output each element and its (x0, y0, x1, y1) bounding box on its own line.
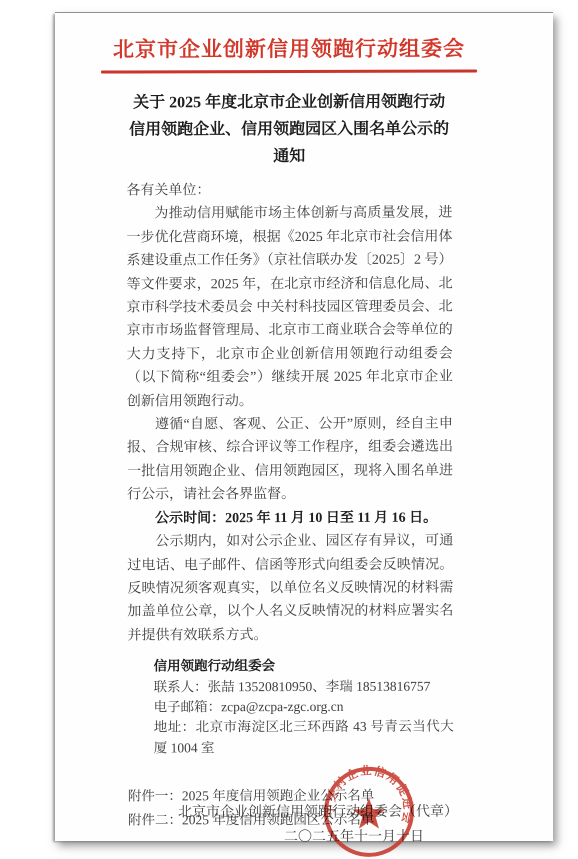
contact-heading: 信用领跑行动组委会 (154, 656, 454, 677)
contact-block: 信用领跑行动组委会 联系人：张喆 13520810950、李瑞 18513816… (154, 656, 454, 759)
salutation: 各有关单位： (126, 179, 452, 203)
contact-address-line: 地址：北京市海淀区北三环西路 43 号青云当代大厦 1004 室 (154, 717, 454, 759)
title-line-1: 关于 2025 年度北京市企业创新信用领跑行动 (133, 94, 445, 112)
contact-email-line: 电子邮箱：zcpa@zcpa-zgc.org.cn (154, 697, 454, 718)
title-line-2: 信用领跑企业、信用领跑园区入围名单公示的通知 (129, 121, 449, 165)
document-page: 北京市企业创新信用领跑行动组委会 关于 2025 年度北京市企业创新信用领跑行动… (55, 13, 553, 841)
screenshot-stage: 北京市企业创新信用领跑行动组委会 关于 2025 年度北京市企业创新信用领跑行动… (0, 0, 578, 859)
signature-org-line: 北京市企业创新信用领跑行动组委会（代章） (128, 800, 458, 826)
contact-person-line: 联系人：张喆 13520810950、李瑞 18513816757 (154, 676, 454, 697)
document-body: 各有关单位： 为推动信用赋能市场主体创新与高质量发展，进一步优化营商环境，根据《… (126, 179, 454, 833)
paragraph-procedure: 遵循“自愿、客观、公正、公开”原则，经自主申报、合规审核、综合评议等工作程序，组… (127, 413, 453, 507)
letterhead-org-name: 北京市企业创新信用领跑行动组委会 (101, 37, 477, 64)
paragraph-background: 为推动信用赋能市场主体创新与高质量发展，进一步优化营商环境，根据《2025 年北… (126, 202, 453, 414)
signature-block: 北京市企业创新信用领跑行动组委会（代章） 二〇二五年十一月十日 (128, 800, 458, 851)
notice-period-line: 公示时间：2025 年 11 月 10 日至 11 月 16 日。 (127, 506, 453, 530)
document-title: 关于 2025 年度北京市企业创新信用领跑行动 信用领跑企业、信用领跑园区入围名… (126, 89, 452, 171)
letterhead-rule (101, 70, 477, 74)
signature-date-line: 二〇二五年十一月十日 (128, 825, 458, 851)
paragraph-objection: 公示期内，如对公示企业、园区存有异议，可通过电话、电子邮件、信函等形式向组委会反… (127, 530, 453, 648)
document-content: 北京市企业创新信用领跑行动组委会 关于 2025 年度北京市企业创新信用领跑行动… (54, 36, 554, 859)
